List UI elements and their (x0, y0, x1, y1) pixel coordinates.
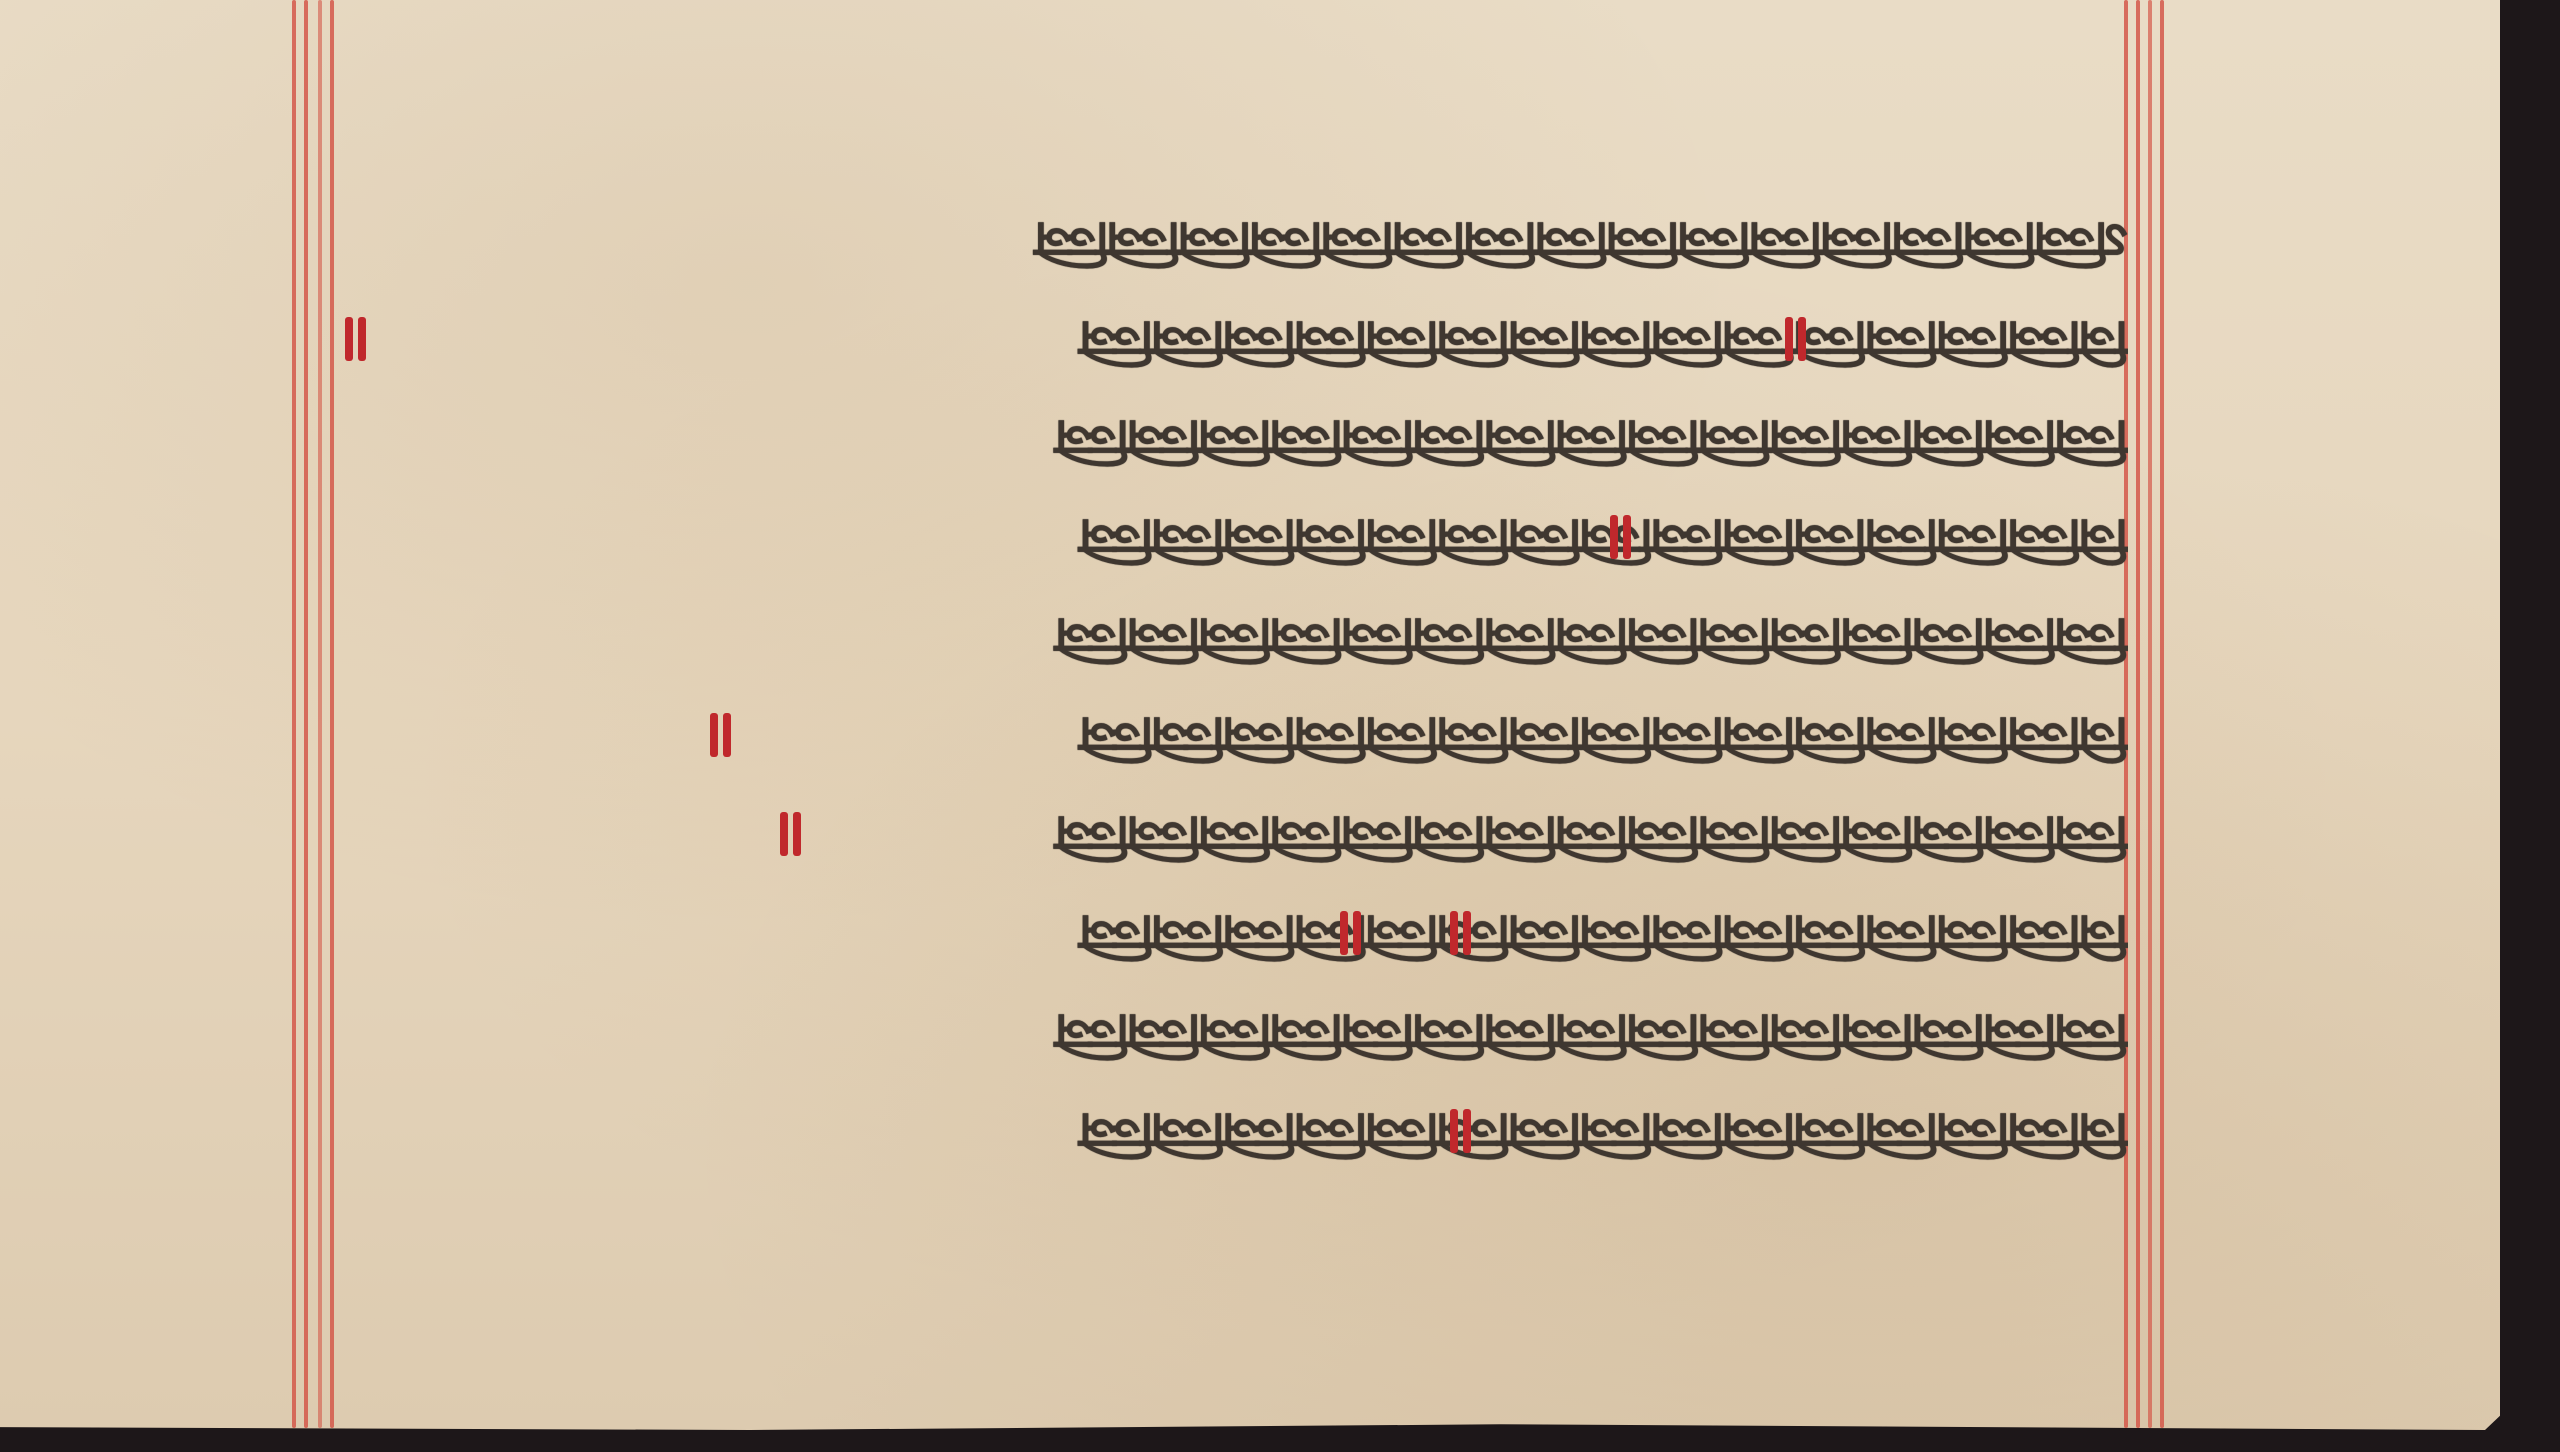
text-line-3: ञ्ञिञ्ञिञ्ञिञ्ञिञ्ञिञ्ञिञ्ञिञ्ञिञ्ञिञ्ञि… (318, 388, 2128, 487)
manuscript-text-block: ऽञ्ञिञ्ञिञ्ञिञ्ञिञ्ञिञ्ञिञ्ञिञ्ञिञ्ञिञ्ञ… (318, 190, 2128, 1180)
text-line-4: ञिञ्ञिञ्ञिञ्ञिञ्ञिञ्ञिञ्ञिञ्ञिञ्ञिञ्ञिञ्… (318, 487, 2128, 586)
red-double-danda-mark (710, 713, 718, 757)
right-ruling-line (2160, 0, 2164, 1428)
text-line-5: ञ्ञिञ्ञिञ्ञिञ्ञिञ्ञिञ्ञिञ्ञिञ्ञिञ्ञिञ्ञि… (318, 586, 2128, 685)
text-line-2: ञिञ्ञिञ्ञिञ्ञिञ्ञिञ्ञिञ्ञिञ्ञिञ्ञिञ्ञिञ्… (318, 289, 2128, 388)
red-double-danda-mark (1450, 911, 1458, 955)
left-ruling-line (304, 0, 308, 1428)
red-double-danda-mark (345, 317, 353, 361)
red-double-danda-mark (1450, 1109, 1458, 1153)
text-line-9: ञ्ञिञ्ञिञ्ञिञ्ञिञ्ञिञ्ञिञ्ञिञ्ञिञ्ञिञ्ञि… (318, 982, 2128, 1081)
red-double-danda-mark (1785, 317, 1793, 361)
text-line-8: ञिञ्ञिञ्ञिञ्ञिञ्ञिञ्ञिञ्ञिञ्ञिञ्ञिञ्ञिञ्… (318, 883, 2128, 982)
text-line-1: ऽञ्ञिञ्ञिञ्ञिञ्ञिञ्ञिञ्ञिञ्ञिञ्ञिञ्ञिञ्ञ… (318, 190, 2128, 289)
right-ruling-line (2136, 0, 2140, 1428)
red-double-danda-mark (780, 812, 788, 856)
text-line-6: ञिञ्ञिञ्ञिञ्ञिञ्ञिञ्ञिञ्ञिञ्ञिञ्ञिञ्ञिञ्… (318, 685, 2128, 784)
right-ruling-line (2148, 0, 2152, 1428)
text-line-7: ञ्ञिञ्ञिञ्ञिञ्ञिञ्ञिञ्ञिञ्ञिञ्ञिञ्ञिञ्ञि… (318, 784, 2128, 883)
manuscript-folio: ऽञ्ञिञ्ञिञ्ञिञ्ञिञ्ञिञ्ञिञ्ञिञ्ञिञ्ञिञ्ञ… (0, 0, 2500, 1430)
text-line-10: ञिञ्ञिञ्ञिञ्ञिञ्ञिञ्ञिञ्ञिञ्ञिञ्ञिञ्ञिञ्… (318, 1081, 2128, 1180)
left-ruling-line (292, 0, 296, 1428)
red-double-danda-mark (1340, 911, 1348, 955)
red-double-danda-mark (1610, 515, 1618, 559)
